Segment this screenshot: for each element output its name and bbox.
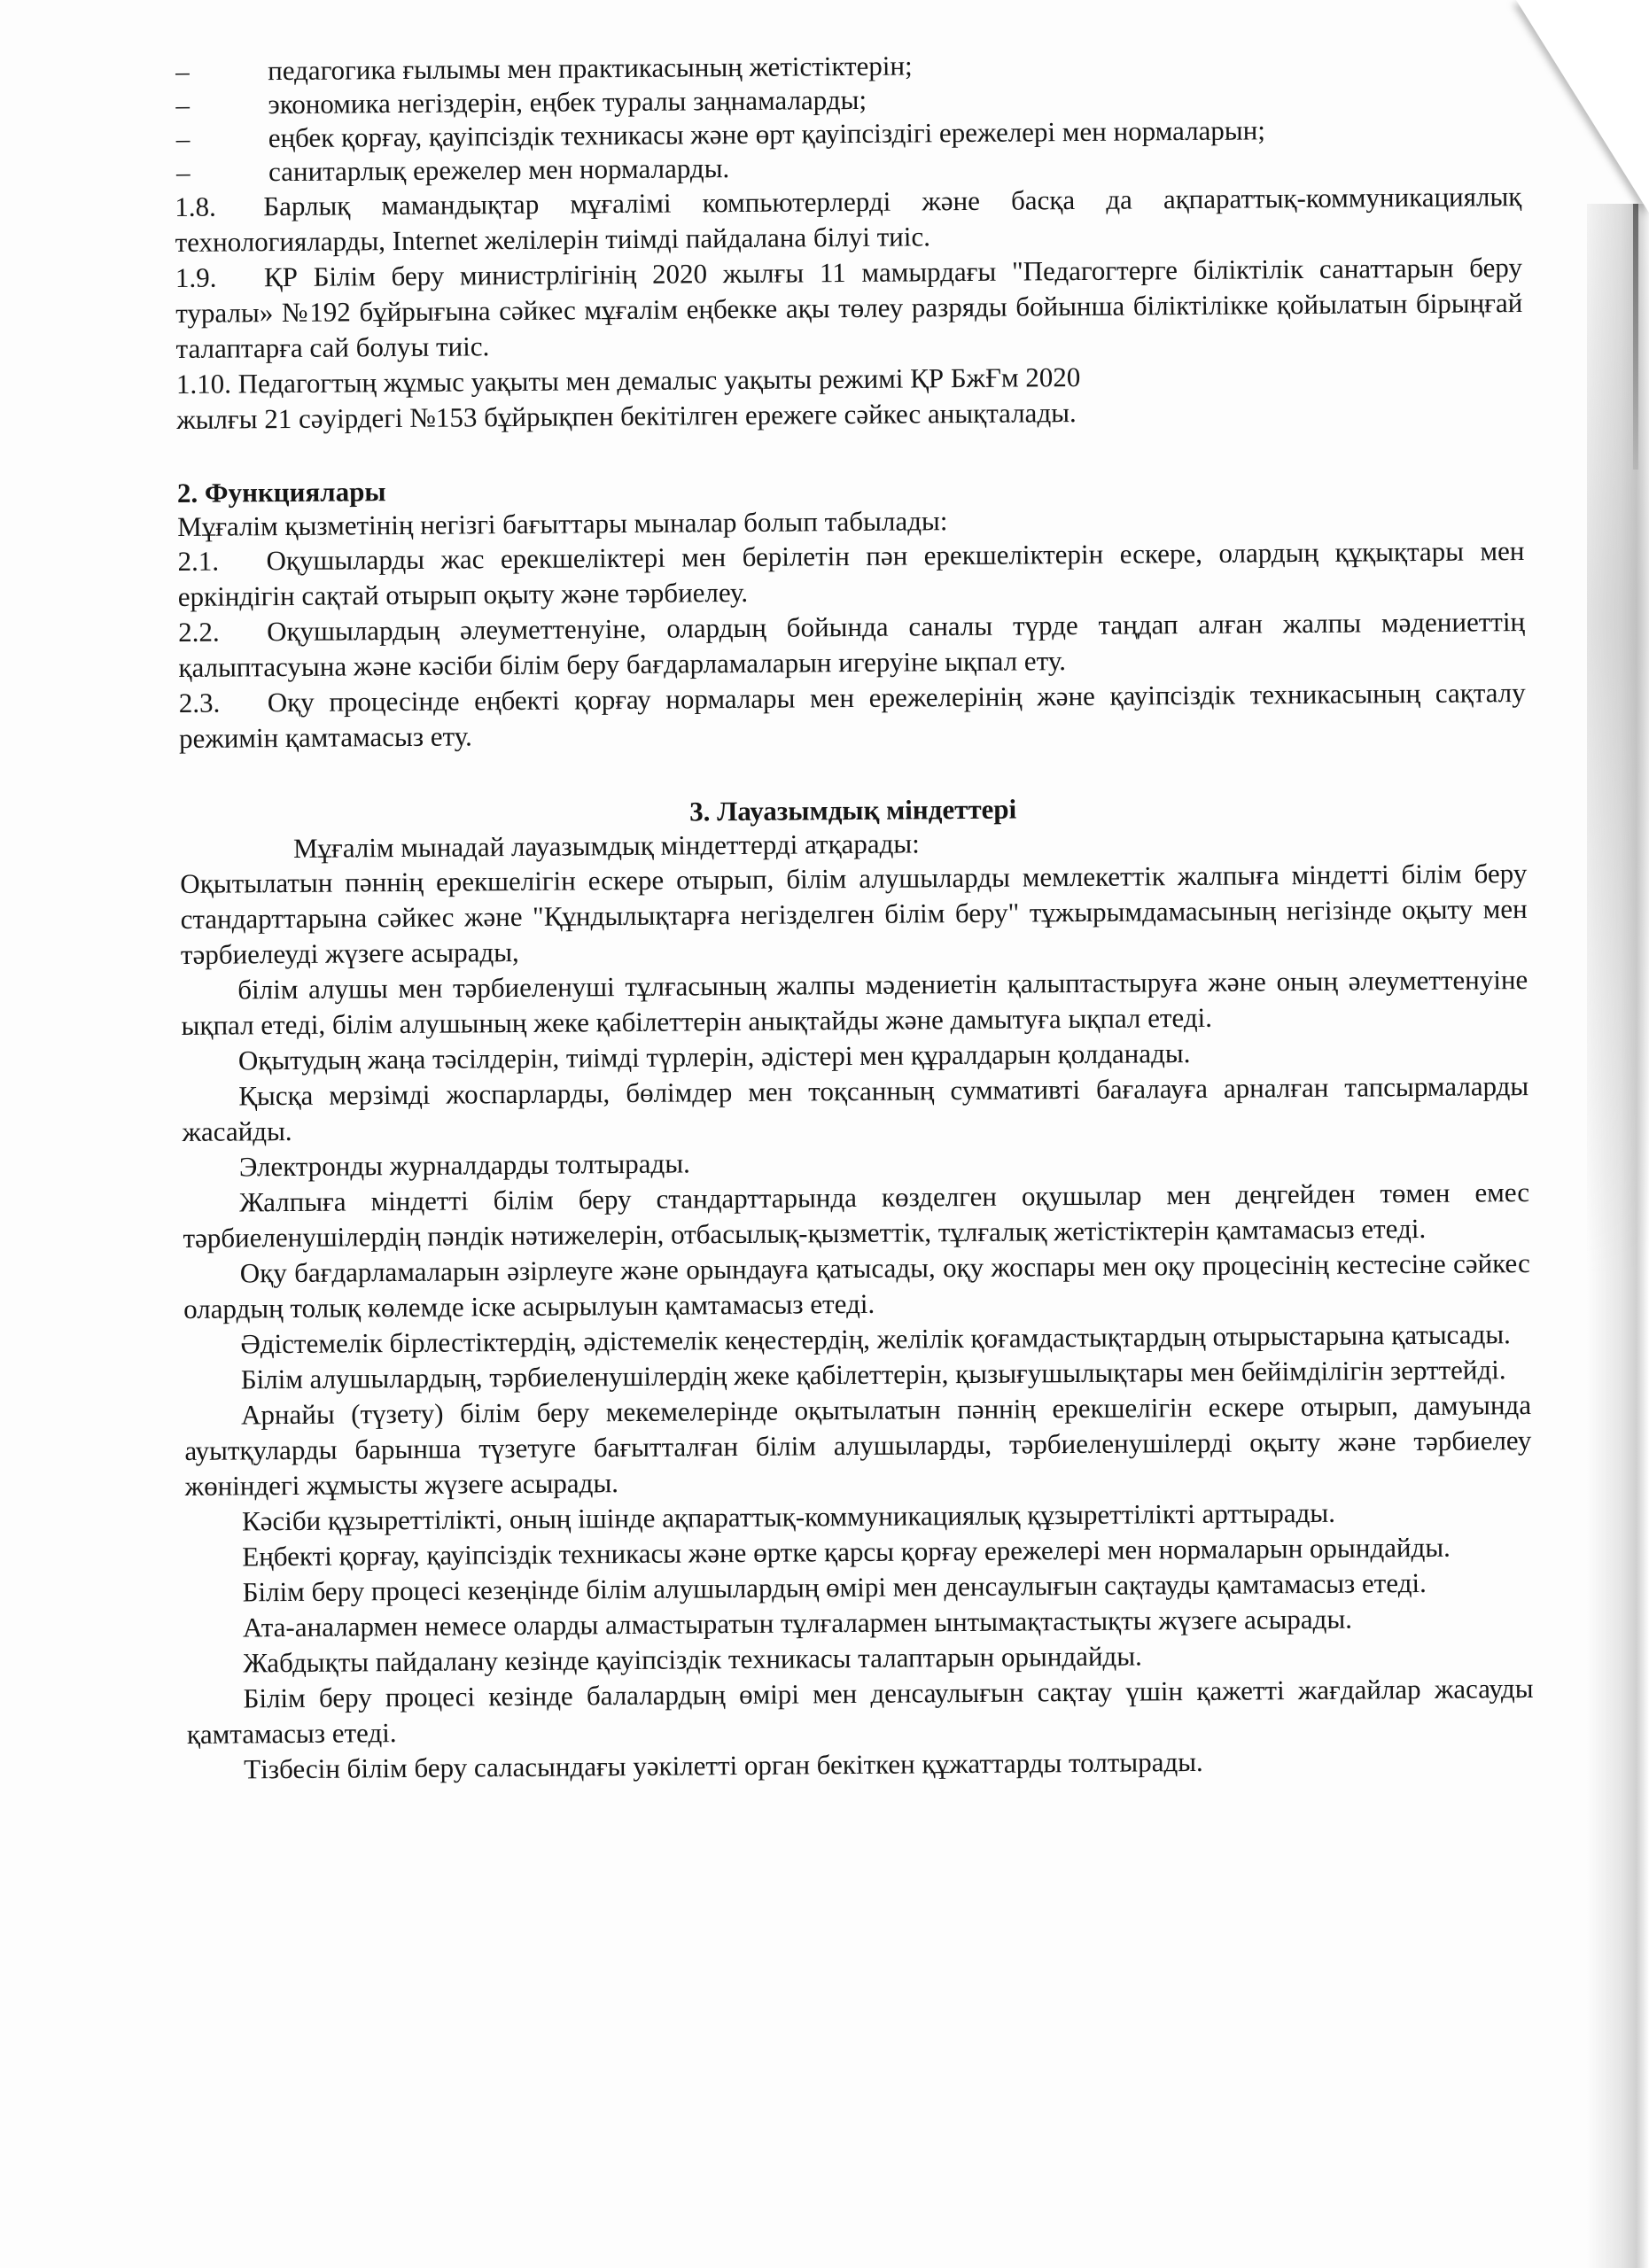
- bullet-text: санитарлық ережелер мен нормаларды.: [268, 151, 729, 189]
- paragraph-number: 2.3.: [179, 685, 268, 721]
- numbered-paragraph-2-3: 2.3.Оқу процесінде еңбекті қорғау нормал…: [179, 675, 1527, 757]
- bullet-text: экономика негіздерін, еңбек туралы заңна…: [268, 83, 867, 121]
- scanned-document-page: – педагогика ғылымы мен практикасының же…: [0, 0, 1649, 2268]
- paragraph-number: 1.9.: [175, 260, 264, 296]
- paragraph-number: 1.8.: [175, 189, 263, 225]
- bullet-dash: –: [174, 54, 268, 89]
- paragraph-text: Оқу процесінде еңбекті қорғау нормалары …: [179, 677, 1526, 754]
- bullet-dash: –: [174, 88, 268, 122]
- duty-paragraph: Оқытылатын пәннің ерекшелігін ескере оты…: [180, 856, 1528, 973]
- paragraph-text: Оқушыларды жас ерекшеліктері мен берілет…: [178, 535, 1525, 612]
- paragraph-number: 1.10.: [176, 369, 231, 400]
- numbered-paragraph-2-2: 2.2.Оқушылардың әлеуметтенуіне, олардың …: [178, 604, 1526, 686]
- bullet-text: педагогика ғылымы мен практикасының жеті…: [268, 49, 913, 88]
- bullet-dash: –: [175, 155, 268, 190]
- numbered-paragraph-2-1: 2.1.Оқушыларды жас ерекшеліктері мен бер…: [177, 533, 1525, 615]
- folded-corner: [1516, 0, 1649, 213]
- duty-paragraph: Қысқа мерзімді жоспарларды, бөлімдер мен…: [182, 1068, 1529, 1150]
- numbered-paragraph-1-9: 1.9.ҚР Білім беру министрлігінің 2020 жы…: [175, 250, 1523, 367]
- duty-paragraph: білім алушы мен тәрбиеленуші тұлғасының …: [181, 962, 1528, 1044]
- paragraph-text: ҚР Білім беру министрлігінің 2020 жылғы …: [175, 252, 1522, 364]
- numbered-paragraph-1-10: 1.10. Педагогтың жұмыс уақыты мен демалы…: [176, 356, 1524, 438]
- document-body: – педагогика ғылымы мен практикасының же…: [174, 44, 1534, 1788]
- duty-paragraph: Жалпыға міндетті білім беру стандарттары…: [183, 1175, 1530, 1256]
- paragraph-number: 2.1.: [177, 543, 266, 579]
- paragraph-number: 2.2.: [178, 614, 267, 650]
- numbered-paragraph-1-8: 1.8.Барлық мамандықтар мұғалімі компьюте…: [175, 179, 1522, 260]
- scan-edge-shadow: [1587, 204, 1649, 2268]
- scan-edge-dark-strip: [1633, 204, 1638, 470]
- paragraph-text: Барлық мамандықтар мұғалімі компьютерлер…: [175, 181, 1522, 258]
- paragraph-text: Педагогтың жұмыс уақыты мен демалыс уақы…: [238, 361, 1081, 399]
- duty-paragraph: Арнайы (түзету) білім беру мекемелерінде…: [184, 1387, 1532, 1504]
- duty-paragraph: Оқу бағдарламаларын әзірлеуге және орынд…: [183, 1246, 1531, 1327]
- duty-paragraph: Білім беру процесі кезінде балалардың өм…: [186, 1671, 1534, 1752]
- paragraph-text: Оқушылардың әлеуметтенуіне, олардың бойы…: [178, 606, 1525, 683]
- bullet-dash: –: [175, 121, 268, 156]
